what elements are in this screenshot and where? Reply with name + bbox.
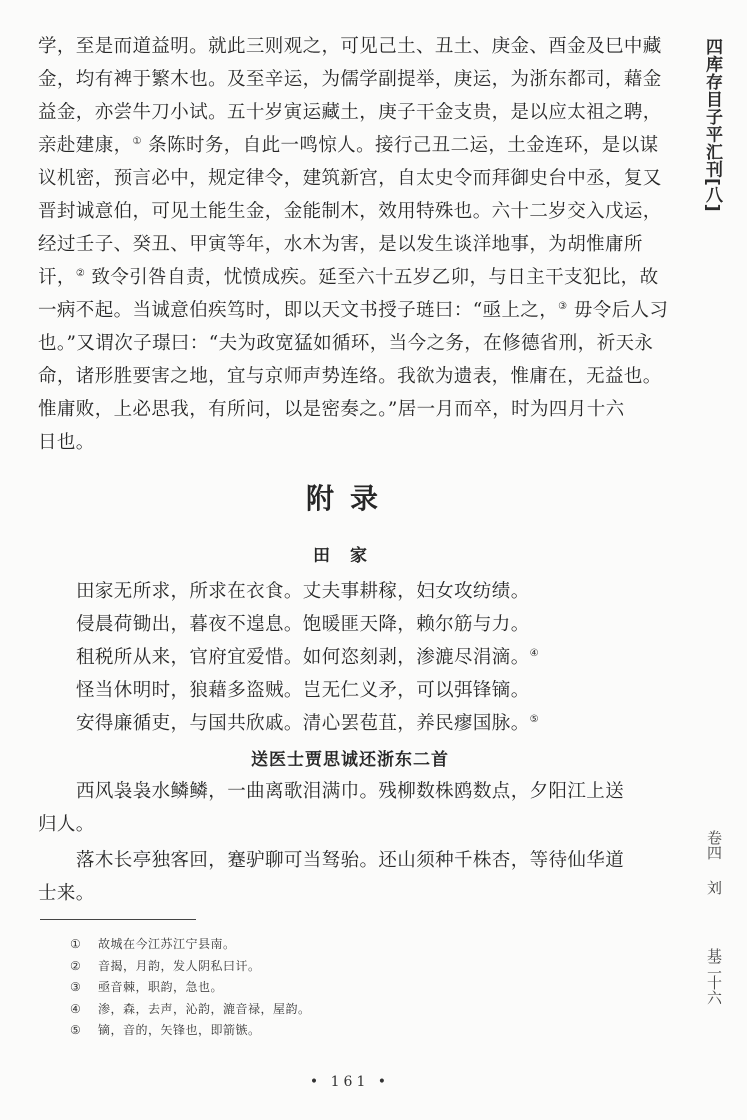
poem-line: 士来。 <box>38 883 678 905</box>
footnote-ref[interactable]: ② <box>76 268 85 279</box>
body-line: 益金，亦尝牛刀小试。五十岁寅运藏土，庚子干金支贵，是以应太祖之聘， <box>38 102 678 124</box>
body-line: 金，均有裨于繁木也。及至辛运，为儒学副提举，庚运，为浙东都司，藉金 <box>38 69 678 91</box>
footnote: ⑤镝，音的，矢锋也，即箭镞。 <box>70 1022 261 1038</box>
footnote-separator <box>40 919 196 920</box>
poem-line: 归人。 <box>38 814 678 836</box>
folio-label: 二十六 <box>701 960 723 1005</box>
body-line: 命，诸形胜要害之地，宜与京师声势连络。我欲为遗表，惟庸在，无益也。 <box>38 366 678 388</box>
footnote-ref[interactable]: ① <box>133 136 142 147</box>
footnote: ③亟音棘，职韵，急也。 <box>70 979 223 995</box>
footnote: ②音揭，月韵，发人阴私曰讦。 <box>70 958 261 974</box>
poem-line: 落木长亭独客回，蹇驴聊可当驽骀。还山须种千株杏，等待仙华道 <box>76 850 716 872</box>
footnote-ref[interactable]: ④ <box>530 648 539 659</box>
body-line: 一病不起。当诚意伯疾笃时，即以天文书授子琏曰：“亟上之，③ 毋令后人习 <box>38 300 678 322</box>
book-page: 学，至是而道益明。就此三则观之，可见己土、丑土、庚金、酉金及巳中藏 金，均有裨于… <box>0 0 747 1120</box>
poem-title: 送医士贾思诚还浙东二首 <box>0 745 700 770</box>
running-header: 四库存目子平汇刊[八] <box>700 38 722 212</box>
body-line: 惟庸败，上必思我，有所问，以是密奏之。”居一月而卒，时为四月十六 <box>38 399 678 421</box>
body-line: 学，至是而道益明。就此三则观之，可见己土、丑土、庚金、酉金及巳中藏 <box>38 36 678 58</box>
volume-label: 卷四 <box>701 830 723 860</box>
poem-line: 西风袅袅水鳞鳞，一曲离歌泪满巾。残柳数株鸥数点，夕阳江上送 <box>76 781 716 803</box>
body-line: 也。”又谓次子璟曰：“夫为政宽猛如循环，当今之务，在修德省刑，祈天永 <box>38 333 678 355</box>
footnote-ref[interactable]: ③ <box>558 301 567 312</box>
body-line: 经过壬子、癸丑、甲寅等年，水木为害，是以发生谈洋地事，为胡惟庸所 <box>38 234 678 256</box>
appendix-title: 附录 <box>0 477 700 517</box>
body-line: 亲赴建康，① 条陈时务，自此一鸣惊人。接行己丑二运，土金连环，是以谋 <box>38 135 678 157</box>
poem-line: 租税所从来，官府宜爱惜。如何恣刻剥，渗漉尽涓滴。④ <box>76 647 716 669</box>
footnote: ④渗，森，去声，沁韵，漉音禄，屋韵。 <box>70 1001 311 1017</box>
poem-line: 侵晨荷锄出，暮夜不遑息。饱暖匪天降，赖尔筋与力。 <box>76 614 716 636</box>
body-line: 讦，② 致令引咎自责，忧愤成疾。延至六十五岁乙卯，与日主干支犯比，故 <box>38 267 678 289</box>
footnote-ref[interactable]: ⑤ <box>530 714 539 725</box>
poem-line: 田家无所求，所求在衣食。丈夫事耕稼，妇女攻纺绩。 <box>76 581 716 603</box>
poem-line: 安得廉循吏，与国共欣戚。清心罢苞苴，养民瘳国脉。⑤ <box>76 713 716 735</box>
body-line: 议机密，预言必中，规定律令，建筑新宫，自太史令而拜御史台中丞，复又 <box>38 168 678 190</box>
body-line: 日也。 <box>38 432 678 454</box>
page-number: • 161 • <box>0 1074 700 1090</box>
poem-title: 田家 <box>0 541 700 566</box>
footnote: ①故城在今江苏江宁县南。 <box>70 936 236 952</box>
body-line: 晋封诚意伯，可见土能生金，金能制木，效用特殊也。六十二岁交入戊运， <box>38 201 678 223</box>
poem-line: 怪当休明时，狼藉多盗贼。岂无仁义矛，可以弭锋镝。 <box>76 680 716 702</box>
